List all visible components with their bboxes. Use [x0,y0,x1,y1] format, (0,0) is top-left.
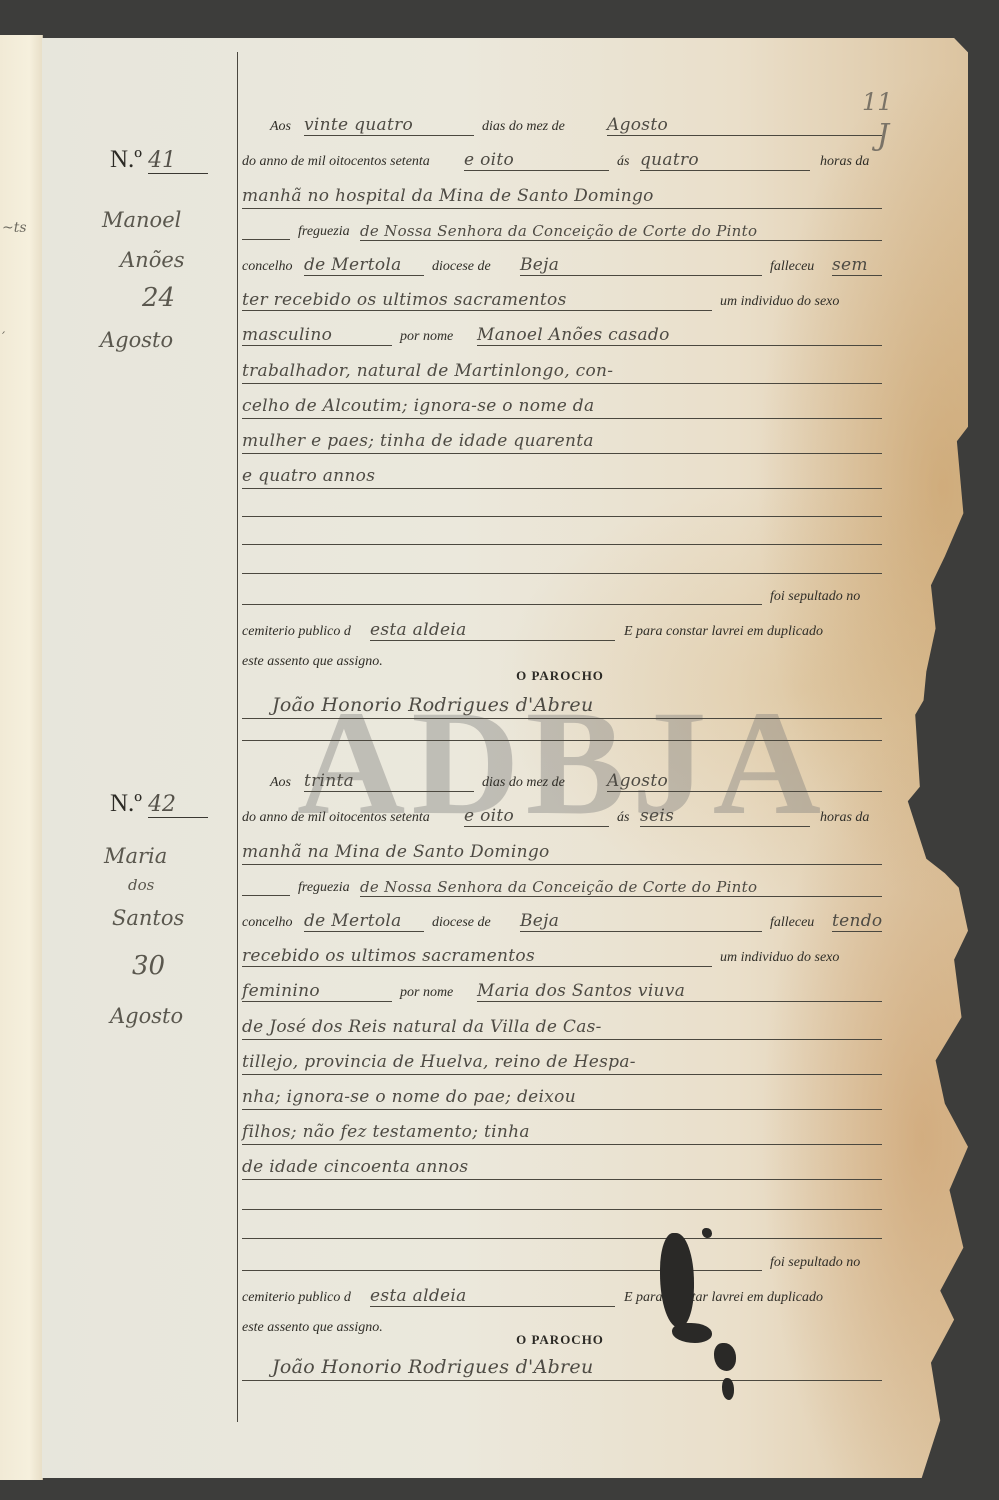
field-place: manhã na Mina de Santo Domingo [242,842,550,862]
field-concelho: de Mertola [304,911,424,932]
margin-month: Agosto [110,1004,183,1028]
number-label: N.º [110,790,142,817]
signature-line: João Honorio Rodrigues d'Abreu [242,688,882,719]
field-diocese: Beja [520,255,762,276]
signature: João Honorio Rodrigues d'Abreu [272,694,594,716]
field-month: Agosto [607,771,882,792]
label-constar: E para constar lavrei em duplicado [624,624,823,640]
label-diocese: diocese de [432,259,491,275]
field-hour: quatro [640,150,810,171]
field-sexo: masculino [242,325,392,346]
blank-line [242,544,882,545]
field-body: e quatro annos [242,466,375,486]
label-freguezia: freguezia [298,224,350,240]
body-line: filhos; não fez testamento; tinha [242,1114,882,1145]
paper-hole [702,1228,712,1238]
margin-name-first: Maria [104,844,167,868]
label-constar: E para constar lavrei em duplicado [624,1290,823,1306]
record-number: N.º42 [110,790,235,818]
label-diocese: diocese de [432,915,491,931]
left-page-fragment: ~ts [2,220,27,236]
field-cemiterio: esta aldeia [370,620,615,641]
margin-name-last: Anões [120,248,185,272]
form-line-concelho: concelho de Mertola diocese de Beja fall… [242,904,882,934]
margin-name-last: Santos [112,906,184,930]
paper-hole [714,1343,736,1371]
blank-line [242,1209,882,1210]
label-concelho: concelho [242,915,293,931]
field-nome: Manoel Anões casado [477,325,882,346]
left-page-edge: ~ts ′ [0,35,43,1480]
field-day: vinte quatro [304,115,474,136]
blank-line [242,516,882,517]
label-sexo: um individuo do sexo [720,294,839,310]
margin-rule [237,52,238,1422]
label-year: do anno de mil oitocentos setenta [242,154,430,170]
label-month: dias do mez de [482,775,565,791]
field-body: trabalhador, natural de Martinlongo, con… [242,361,613,381]
label-year: do anno de mil oitocentos setenta [242,810,430,826]
margin-day: 30 [132,951,165,981]
form-line-name: masculino por nome Manoel Anões casado [242,318,882,348]
blank-prefix [242,239,290,240]
field-freguezia: de Nossa Senhora da Conceição de Corte d… [360,222,882,241]
body-line: e quatro annos [242,458,882,489]
form-line-cemetery: cemiterio publico d esta aldeia E para c… [242,613,882,643]
label-cemiterio: cemiterio publico d [242,624,351,640]
field-year: e oito [464,806,609,827]
form-line-parish: freguezia de Nossa Senhora da Conceição … [242,869,882,899]
number-value: 41 [148,148,208,174]
field-cemiterio: esta aldeia [370,1286,615,1307]
field-year: e oito [464,150,609,171]
parocho-heading: O PAROCHO [42,668,968,684]
form-line-burial: foi sepultado no [242,1244,882,1274]
field-body: tillejo, provincia de Huelva, reino de H… [242,1052,636,1072]
paper-hole [722,1378,734,1400]
form-line-date: Aos trinta dias do mez de Agosto [242,764,882,794]
blank-burial [242,604,762,605]
field-nome: Maria dos Santos viuva [477,981,882,1002]
field-body: filhos; não fez testamento; tinha [242,1122,530,1142]
label-aos: Aos [270,119,291,135]
form-line-parish: freguezia de Nossa Senhora da Conceição … [242,213,882,243]
field-falleceu-tail: sem [832,255,882,276]
form-line-cemetery: cemiterio publico d esta aldeia E para c… [242,1279,882,1309]
body-line: de idade cincoenta annos [242,1149,882,1180]
field-falleceu-tail: tendo [832,911,882,932]
body-line: mulher e paes; tinha de idade quarenta [242,423,882,454]
form-line-sacraments: recebido os ultimos sacramentos um indiv… [242,939,882,969]
field-hour: seis [640,806,810,827]
label-hour: ás [617,154,629,170]
field-month: Agosto [607,115,882,136]
parocho-heading: O PAROCHO [42,1332,968,1348]
signature: João Honorio Rodrigues d'Abreu [272,1356,594,1378]
label-falleceu: falleceu [770,259,814,275]
label-sepultado: foi sepultado no [770,589,860,605]
field-sexo: feminino [242,981,392,1002]
number-label: N.º [110,146,142,173]
field-freguezia: de Nossa Senhora da Conceição de Corte d… [360,878,882,897]
body-line: nha; ignora-se o nome do pae; deixou [242,1079,882,1110]
field-body: nha; ignora-se o nome do pae; deixou [242,1087,576,1107]
field-sacraments: recebido os ultimos sacramentos [242,946,712,967]
body-line: tillejo, provincia de Huelva, reino de H… [242,1044,882,1075]
label-cemiterio: cemiterio publico d [242,1290,351,1306]
body-line: trabalhador, natural de Martinlongo, con… [242,353,882,384]
margin-month: Agosto [100,328,173,352]
field-body: mulher e paes; tinha de idade quarenta [242,431,594,451]
form-line-name: feminino por nome Maria dos Santos viuva [242,974,882,1004]
body-line: de José dos Reis natural da Villa de Cas… [242,1009,882,1040]
label-month: dias do mez de [482,119,565,135]
record-number: N.º41 [110,146,235,174]
form-line-place: manhã no hospital da Mina de Santo Domin… [242,178,882,209]
label-nome: por nome [400,329,453,345]
number-value: 42 [148,792,208,818]
form-line-burial: foi sepultado no [242,578,882,608]
label-horas-da: horas da [820,810,869,826]
blank-prefix [242,895,290,896]
blank-line [242,1238,882,1239]
field-concelho: de Mertola [304,255,424,276]
left-page-fragment: ′ [2,330,5,346]
label-concelho: concelho [242,259,293,275]
field-sacraments: ter recebido os ultimos sacramentos [242,290,712,311]
signature-line: João Honorio Rodrigues d'Abreu [242,1350,882,1381]
field-diocese: Beja [520,911,762,932]
field-body: de idade cincoenta annos [242,1157,468,1177]
form-line-year: do anno de mil oitocentos setenta e oito… [242,799,882,829]
field-body: celho de Alcoutim; ignora-se o nome da [242,396,594,416]
label-freguezia: freguezia [298,880,350,896]
margin-day: 24 [142,283,175,313]
field-place: manhã no hospital da Mina de Santo Domin… [242,186,654,206]
form-line-concelho: concelho de Mertola diocese de Beja fall… [242,248,882,278]
field-body: de José dos Reis natural da Villa de Cas… [242,1017,602,1037]
label-aos: Aos [270,775,291,791]
field-day: trinta [304,771,474,792]
blank-line [242,573,882,574]
blank-line [242,740,882,741]
label-hour: ás [617,810,629,826]
body-line: celho de Alcoutim; ignora-se o nome da [242,388,882,419]
form-line-date: Aos vinte quatro dias do mez de Agosto [242,108,882,138]
label-nome: por nome [400,985,453,1001]
form-line-sacraments: ter recebido os ultimos sacramentos um i… [242,283,882,313]
margin-name-first: Manoel [102,208,181,232]
register-page: 11 J ADBJA N.º41 Manoel Anões 24 Agosto … [42,38,968,1478]
label-sexo: um individuo do sexo [720,950,839,966]
form-line-year: do anno de mil oitocentos setenta e oito… [242,143,882,173]
form-line-place: manhã na Mina de Santo Domingo [242,834,882,865]
label-horas-da: horas da [820,154,869,170]
label-falleceu: falleceu [770,915,814,931]
margin-name-middle: dos [128,876,154,894]
label-sepultado: foi sepultado no [770,1255,860,1271]
